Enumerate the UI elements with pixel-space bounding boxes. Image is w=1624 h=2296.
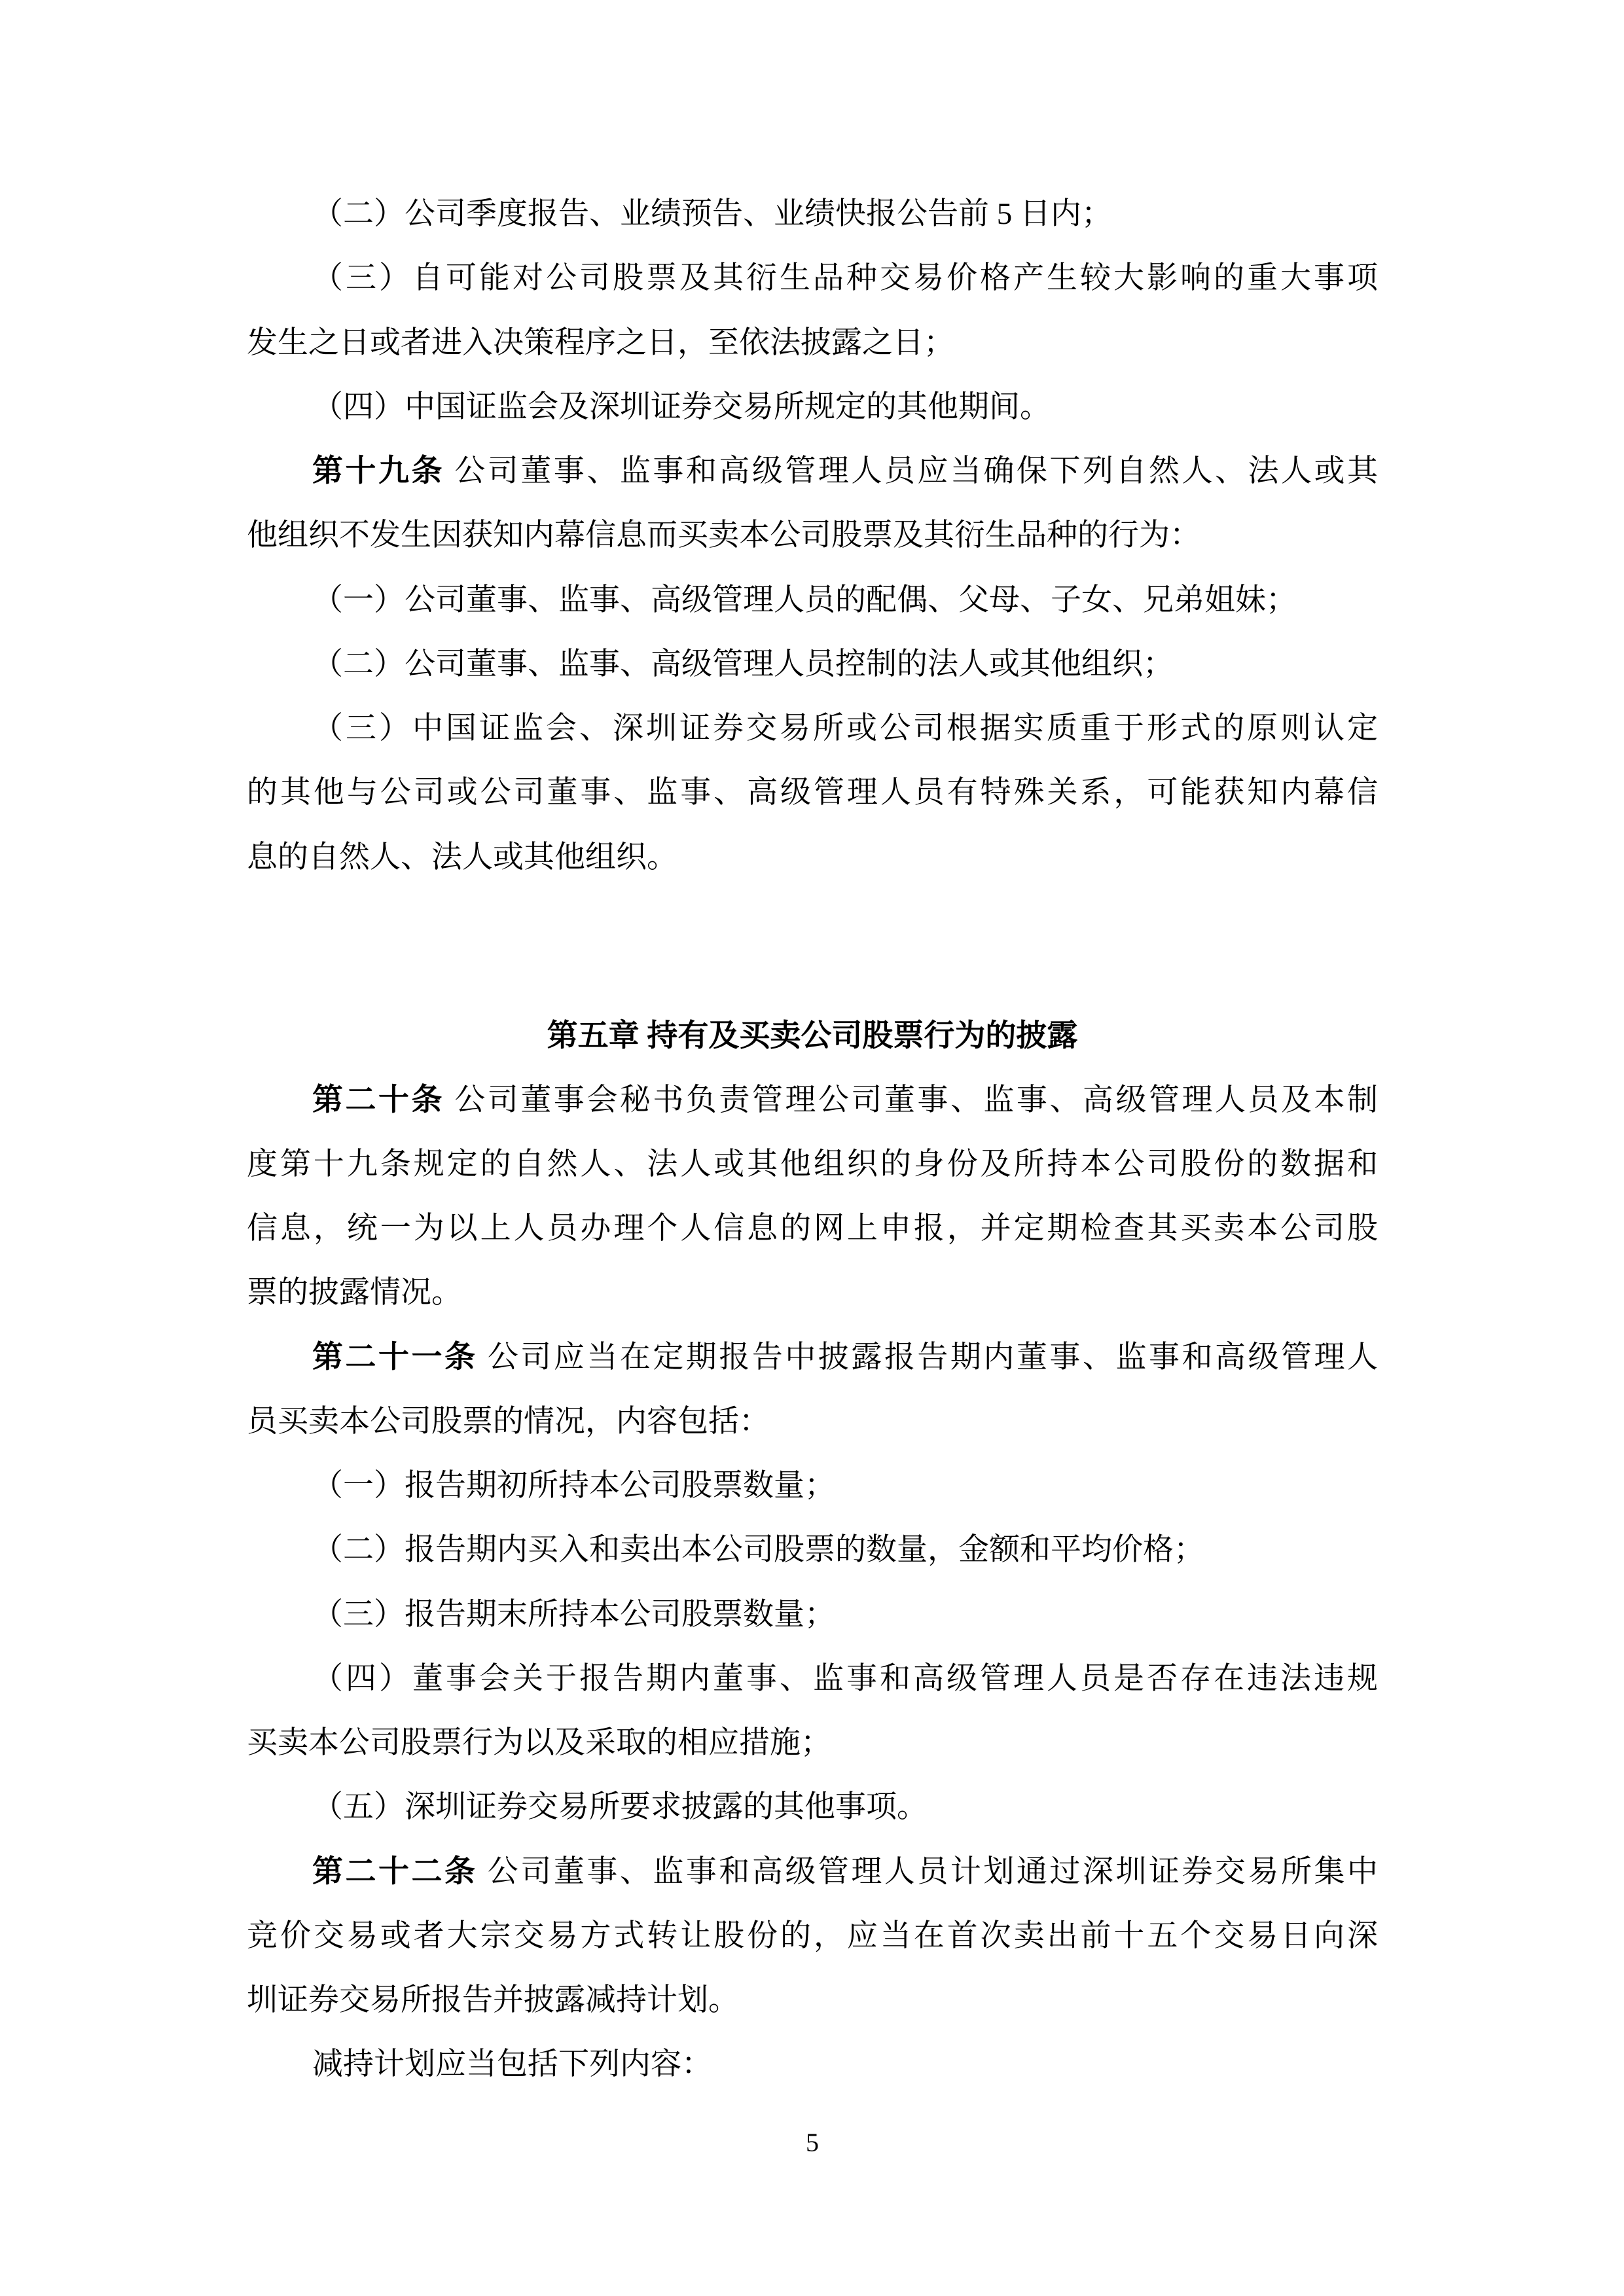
text-line: （二）公司季度报告、业绩预告、业绩快报公告前 5 日内； [247,196,1378,232]
document-page: （二）公司季度报告、业绩预告、业绩快报公告前 5 日内； （三）自可能对公司股票… [0,0,1624,2296]
line-text: （一）报告期初所持本公司股票数量； [312,1469,835,1503]
line-text: 圳证券交易所报告并披露减持计划。 [247,1983,739,2017]
text-line: 票的披露情况。 [247,1274,1378,1311]
text-line: 的其他与公司或公司董事、监事、高级管理人员有特殊关系，可能获知内幕信 [247,774,1378,811]
text-line: 第二十一条 公司应当在定期报告中披露报告期内董事、监事和高级管理人 [247,1339,1378,1376]
line-text: （一）公司董事、监事、高级管理人员的配偶、父母、子女、兄弟姐妹； [312,583,1297,617]
line-text: 公司董事、监事和高级管理人员应当确保下列自然人、法人或其 [444,454,1378,488]
article-number: 第二十条 [312,1083,444,1117]
text-line: （五）深圳证券交易所要求披露的其他事项。 [247,1789,1378,1825]
text-line: 他组织不发生因获知内幕信息而买卖本公司股票及其衍生品种的行为： [247,517,1378,554]
text-line: 减持计划应当包括下列内容： [247,2046,1378,2083]
line-text: （四）董事会关于报告期内董事、监事和高级管理人员是否存在违法违规 [312,1662,1378,1696]
line-text: （五）深圳证券交易所要求披露的其他事项。 [312,1790,928,1824]
text-line: 信息，统一为以上人员办理个人信息的网上申报，并定期检查其买卖本公司股 [247,1210,1378,1247]
line-text: 公司董事会秘书负责管理公司董事、监事、高级管理人员及本制 [444,1083,1378,1117]
text-line: 竞价交易或者大宗交易方式转让股份的，应当在首次卖出前十五个交易日向深 [247,1918,1378,1954]
text-line: 圳证券交易所报告并披露减持计划。 [247,1982,1378,2018]
line-text: （三）自可能对公司股票及其衍生品种交易价格产生较大影响的重大事项 [312,261,1378,295]
article-number: 第二十一条 [312,1340,478,1374]
line-text: 公司董事、监事和高级管理人员计划通过深圳证券交易所集中 [478,1855,1378,1889]
text-line: （三）自可能对公司股票及其衍生品种交易价格产生较大影响的重大事项 [247,260,1378,296]
line-text: （二）公司董事、监事、高级管理人员控制的法人或其他组织； [312,647,1174,681]
line-text: 公司应当在定期报告中披露报告期内董事、监事和高级管理人 [478,1340,1378,1374]
line-text: （四）中国证监会及深圳证券交易所规定的其他期间。 [312,390,1051,424]
text-line: 发生之日或者进入决策程序之日，至依法披露之日； [247,325,1378,361]
line-text: （三）报告期末所持本公司股票数量； [312,1598,835,1632]
line-text: （二）公司季度报告、业绩预告、业绩快报公告前 5 日内； [312,197,1112,231]
text-line: 第二十二条 公司董事、监事和高级管理人员计划通过深圳证券交易所集中 [247,1854,1378,1890]
text-line: 度第十九条规定的自然人、法人或其他组织的身份及所持本公司股份的数据和 [247,1146,1378,1183]
text-line: （三）报告期末所持本公司股票数量； [247,1596,1378,1633]
line-text: 息的自然人、法人或其他组织。 [247,840,677,874]
text-line: 第二十条 公司董事会秘书负责管理公司董事、监事、高级管理人员及本制 [247,1082,1378,1119]
article-number: 第十九条 [312,454,444,488]
text-line: （四）董事会关于报告期内董事、监事和高级管理人员是否存在违法违规 [247,1660,1378,1697]
line-text: 员买卖本公司股票的情况，内容包括： [247,1405,770,1439]
article-number: 第二十二条 [312,1855,478,1889]
line-text: 他组织不发生因获知内幕信息而买卖本公司股票及其衍生品种的行为： [247,518,1200,552]
line-text: 竞价交易或者大宗交易方式转让股份的，应当在首次卖出前十五个交易日向深 [247,1919,1378,1953]
text-line: （一）报告期初所持本公司股票数量； [247,1467,1378,1504]
page-number: 5 [247,2127,1378,2159]
text-line: 员买卖本公司股票的情况，内容包括： [247,1403,1378,1440]
chapter-heading: 第五章 持有及买卖公司股票行为的披露 [247,1018,1378,1054]
line-text: 信息，统一为以上人员办理个人信息的网上申报，并定期检查其买卖本公司股 [247,1211,1378,1246]
page-number-text: 5 [806,2128,819,2157]
line-text: 的其他与公司或公司董事、监事、高级管理人员有特殊关系，可能获知内幕信 [247,776,1378,810]
line-text: 票的披露情况。 [247,1276,462,1310]
line-text: （二）报告期内买入和卖出本公司股票的数量，金额和平均价格； [312,1533,1204,1567]
text-line: （二）报告期内买入和卖出本公司股票的数量，金额和平均价格； [247,1532,1378,1568]
line-text: （三）中国证监会、深圳证券交易所或公司根据实质重于形式的原则认定 [312,711,1378,745]
text-line: （二）公司董事、监事、高级管理人员控制的法人或其他组织； [247,646,1378,683]
line-text: 度第十九条规定的自然人、法人或其他组织的身份及所持本公司股份的数据和 [247,1147,1378,1181]
text-line: （四）中国证监会及深圳证券交易所规定的其他期间。 [247,389,1378,425]
line-text: 买卖本公司股票行为以及采取的相应措施； [247,1726,831,1760]
line-text: 发生之日或者进入决策程序之日，至依法披露之日； [247,326,954,360]
text-line: （三）中国证监会、深圳证券交易所或公司根据实质重于形式的原则认定 [247,710,1378,747]
text-line: 息的自然人、法人或其他组织。 [247,839,1378,876]
text-line: 买卖本公司股票行为以及采取的相应措施； [247,1725,1378,1761]
chapter-heading-text: 第五章 持有及买卖公司股票行为的披露 [547,1019,1078,1053]
text-line: （一）公司董事、监事、高级管理人员的配偶、父母、子女、兄弟姐妹； [247,582,1378,619]
text-line: 第十九条 公司董事、监事和高级管理人员应当确保下列自然人、法人或其 [247,453,1378,490]
line-text: 减持计划应当包括下列内容： [312,2047,712,2081]
